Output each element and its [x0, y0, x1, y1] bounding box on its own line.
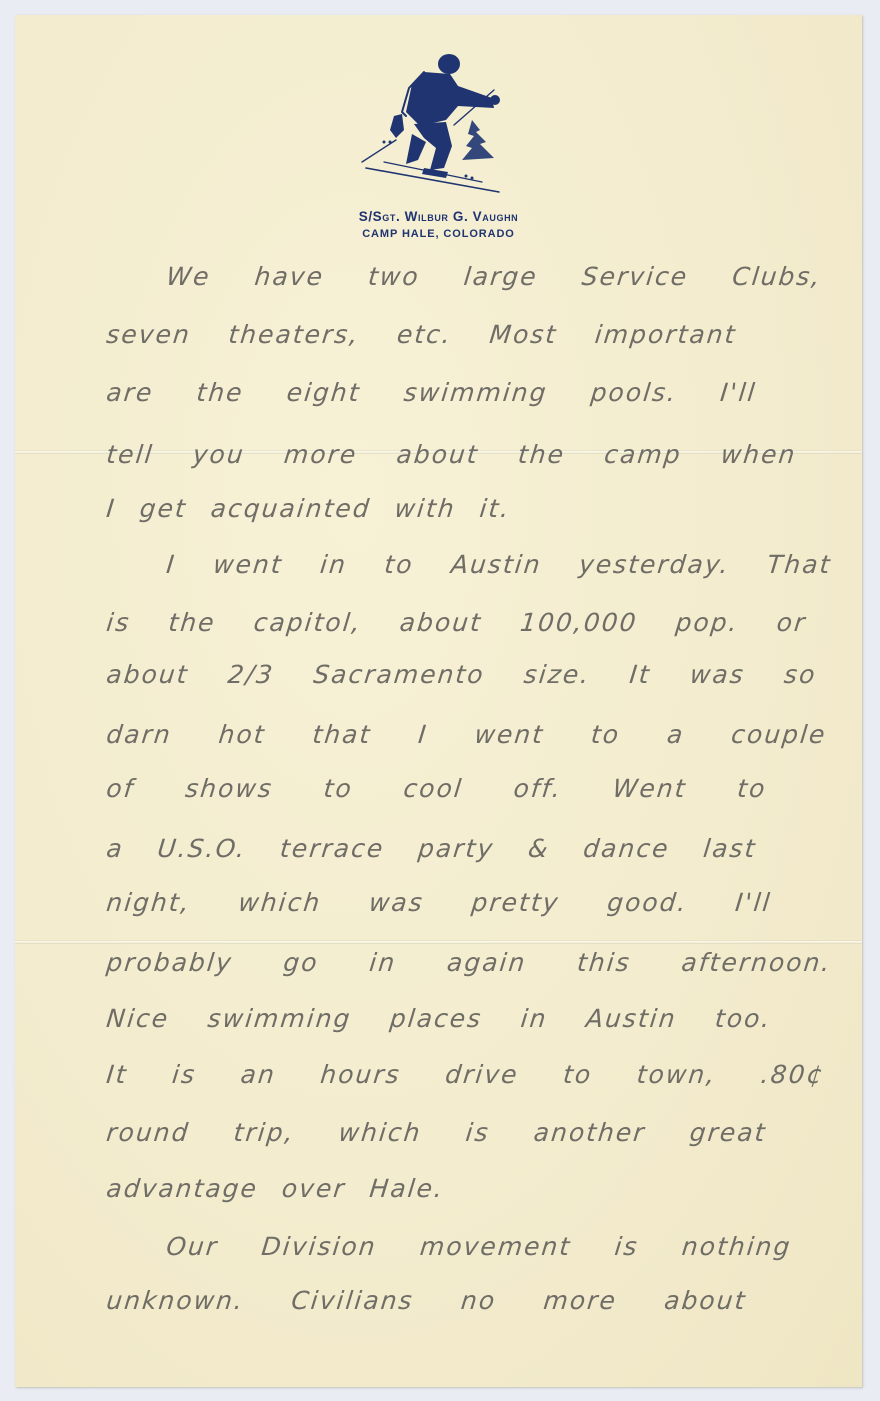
letter-line: I went in to Austin yesterday. That	[165, 550, 833, 579]
letter-line: seven theaters, etc. Most important	[105, 320, 738, 349]
letter-line: probably go in again this afternoon.	[105, 948, 833, 977]
fold-crease-lower	[15, 940, 862, 944]
letter-line: advantage over Hale.	[105, 1174, 823, 1203]
letter-line: We have two large Service Clubs,	[165, 262, 823, 291]
letter-line: I get acquainted with it.	[105, 494, 823, 523]
letter-line: of shows to cool off. Went to	[105, 774, 768, 803]
letter-line: night, which was pretty good. I'll	[105, 888, 773, 917]
letter-line: Our Division movement is nothing	[165, 1232, 793, 1261]
letterhead-location: CAMP HALE, COLORADO	[15, 228, 862, 240]
letter-line: a U.S.O. terrace party & dance last	[105, 834, 758, 863]
letterhead: S/Sgt. Wilbur G. Vaughn CAMP HALE, COLOR…	[15, 50, 862, 240]
letterhead-name: S/Sgt. Wilbur G. Vaughn	[15, 209, 862, 224]
letter-line: are the eight swimming pools. I'll	[105, 378, 758, 407]
letter-line: about 2/3 Sacramento size. It was so	[105, 660, 818, 689]
letter-line: Nice swimming places in Austin too.	[105, 1004, 773, 1033]
letter-line: darn hot that I went to a couple	[105, 720, 828, 749]
letter-line: unknown. Civilians no more about	[105, 1286, 748, 1315]
letter-line: tell you more about the camp when	[105, 440, 798, 469]
letter-line: round trip, which is another great	[105, 1118, 768, 1147]
letter-line: It is an hours drive to town, .80¢	[105, 1060, 826, 1089]
skier-icon	[354, 50, 524, 195]
letter-line: is the capitol, about 100,000 pop. or	[105, 608, 808, 637]
